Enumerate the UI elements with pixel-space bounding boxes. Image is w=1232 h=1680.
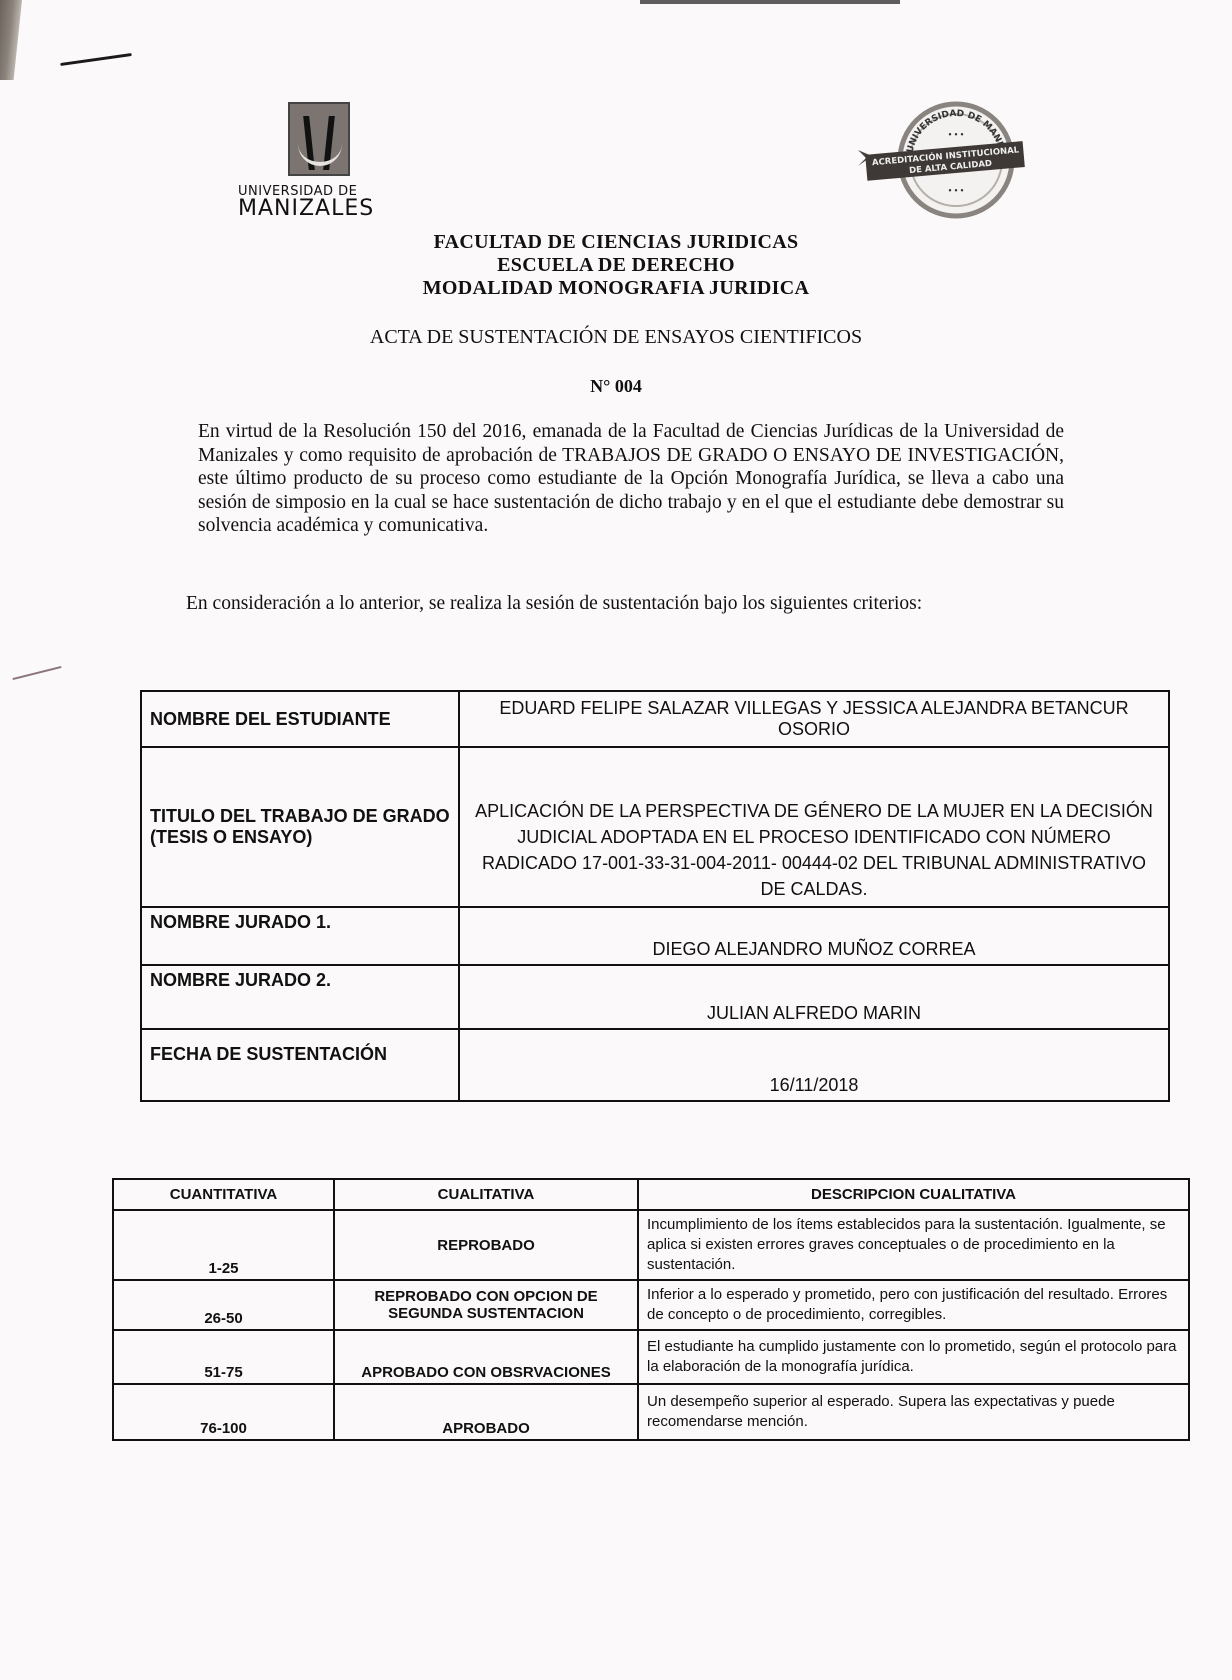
svg-text:• • •: • • • xyxy=(948,186,964,197)
document-title: ACTA DE SUSTENTACIÓN DE ENSAYOS CIENTIFI… xyxy=(0,326,1232,349)
pen-mark xyxy=(13,666,62,680)
defense-date-value: 16/11/2018 xyxy=(459,1029,1169,1101)
score-range: 26-50 xyxy=(113,1280,334,1330)
table-row: TITULO DEL TRABAJO DE GRADO (TESIS O ENS… xyxy=(141,747,1169,907)
student-name-value: EDUARD FELIPE SALAZAR VILLEGAS Y JESSICA… xyxy=(459,691,1169,747)
jury2-label: NOMBRE JURADO 2. xyxy=(141,965,459,1029)
student-name-label: NOMBRE DEL ESTUDIANTE xyxy=(141,691,459,747)
university-logo: UNIVERSIDAD DE MANIZALES xyxy=(238,102,398,219)
score-range: 76-100 xyxy=(113,1384,334,1440)
table-row: 26-50 REPROBADO CON OPCION DE SEGUNDA SU… xyxy=(113,1280,1189,1330)
faculty-heading: FACULTAD DE CIENCIAS JURIDICAS xyxy=(0,231,1232,254)
table-row: 1-25 REPROBADO Incumplimiento de los íte… xyxy=(113,1210,1189,1280)
qualitative-grade: APROBADO xyxy=(334,1384,638,1440)
score-range: 51-75 xyxy=(113,1330,334,1384)
table-row: NOMBRE JURADO 1. DIEGO ALEJANDRO MUÑOZ C… xyxy=(141,907,1169,965)
intro-paragraph: En virtud de la Resolución 150 del 2016,… xyxy=(198,420,1064,538)
table-header-row: CUANTITATIVA CUALITATIVA DESCRIPCION CUA… xyxy=(113,1179,1189,1210)
school-heading: ESCUELA DE DERECHO xyxy=(0,254,1232,277)
grade-description: Inferior a lo esperado y prometido, pero… xyxy=(638,1280,1189,1330)
university-logo-icon xyxy=(288,102,350,176)
accreditation-seal-icon: UNIVERSIDAD DE MANIZALES • • • • • • ACR… xyxy=(858,98,1028,228)
thesis-info-table: NOMBRE DEL ESTUDIANTE EDUARD FELIPE SALA… xyxy=(140,690,1170,1102)
grading-scale-table: CUANTITATIVA CUALITATIVA DESCRIPCION CUA… xyxy=(112,1178,1190,1441)
jury1-value: DIEGO ALEJANDRO MUÑOZ CORREA xyxy=(459,907,1169,965)
logo-text-line2: MANIZALES xyxy=(238,199,398,219)
qualitative-grade: APROBADO CON OBSRVACIONES xyxy=(334,1330,638,1384)
jury2-value: JULIAN ALFREDO MARIN xyxy=(459,965,1169,1029)
jury1-label: NOMBRE JURADO 1. xyxy=(141,907,459,965)
grade-description: El estudiante ha cumplido justamente con… xyxy=(638,1330,1189,1384)
column-header-qualitative: CUALITATIVA xyxy=(334,1179,638,1210)
column-header-description: DESCRIPCION CUALITATIVA xyxy=(638,1179,1189,1210)
table-row: 76-100 APROBADO Un desempeño superior al… xyxy=(113,1384,1189,1440)
table-row: FECHA DE SUSTENTACIÓN 16/11/2018 xyxy=(141,1029,1169,1101)
scan-edge-shadow xyxy=(0,0,22,80)
table-row: NOMBRE DEL ESTUDIANTE EDUARD FELIPE SALA… xyxy=(141,691,1169,747)
criteria-paragraph: En consideración a lo anterior, se reali… xyxy=(186,592,1072,616)
table-row: NOMBRE JURADO 2. JULIAN ALFREDO MARIN xyxy=(141,965,1169,1029)
qualitative-grade: REPROBADO xyxy=(334,1210,638,1280)
grade-description: Un desempeño superior al esperado. Super… xyxy=(638,1384,1189,1440)
modality-heading: MODALIDAD MONOGRAFIA JURIDICA xyxy=(0,277,1232,300)
pen-mark xyxy=(60,53,132,66)
column-header-quantitative: CUANTITATIVA xyxy=(113,1179,334,1210)
thesis-title-value: APLICACIÓN DE LA PERSPECTIVA DE GÉNERO D… xyxy=(459,747,1169,907)
scan-top-mark xyxy=(640,0,900,4)
table-row: 51-75 APROBADO CON OBSRVACIONES El estud… xyxy=(113,1330,1189,1384)
qualitative-grade: REPROBADO CON OPCION DE SEGUNDA SUSTENTA… xyxy=(334,1280,638,1330)
grade-description: Incumplimiento de los ítems establecidos… xyxy=(638,1210,1189,1280)
document-number: N° 004 xyxy=(0,376,1232,397)
svg-text:• • •: • • • xyxy=(948,130,964,141)
defense-date-label: FECHA DE SUSTENTACIÓN xyxy=(141,1029,459,1101)
thesis-title-label: TITULO DEL TRABAJO DE GRADO (TESIS O ENS… xyxy=(141,747,459,907)
score-range: 1-25 xyxy=(113,1210,334,1280)
